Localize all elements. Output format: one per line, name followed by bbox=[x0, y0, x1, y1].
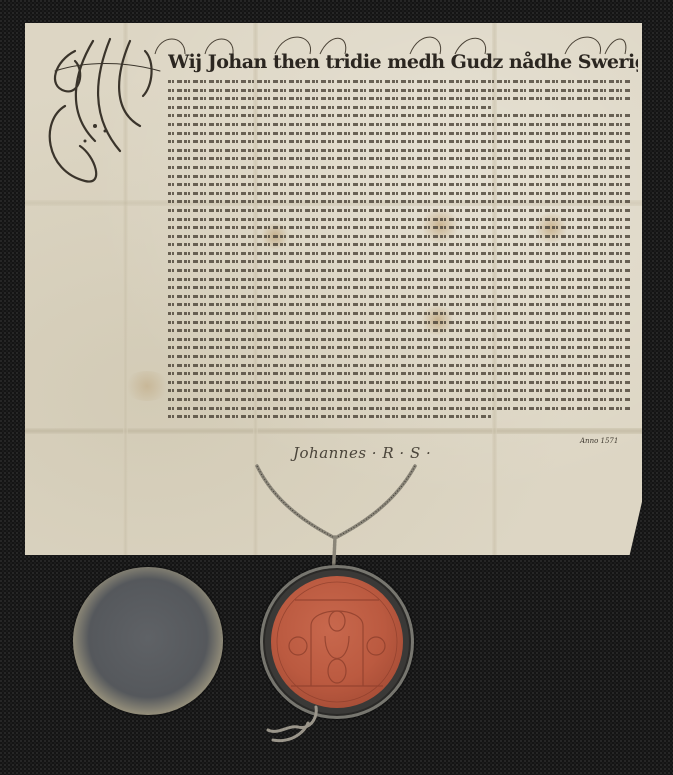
stain bbox=[123, 371, 171, 401]
seal-royal-figure-icon bbox=[271, 576, 403, 708]
seal-capsule-lid bbox=[73, 567, 223, 715]
royal-signature: Johannes · R · S · bbox=[293, 444, 431, 462]
cord-tassel-icon bbox=[258, 705, 348, 750]
wax-seal-capsule bbox=[260, 565, 414, 719]
charter-opening-line: Wij Johan then tridie medh Gudz nådhe Sw… bbox=[168, 51, 638, 73]
charter-body-text bbox=[168, 77, 630, 429]
red-wax-seal bbox=[271, 576, 403, 708]
closing-date-note: Anno 1571 bbox=[580, 437, 618, 445]
